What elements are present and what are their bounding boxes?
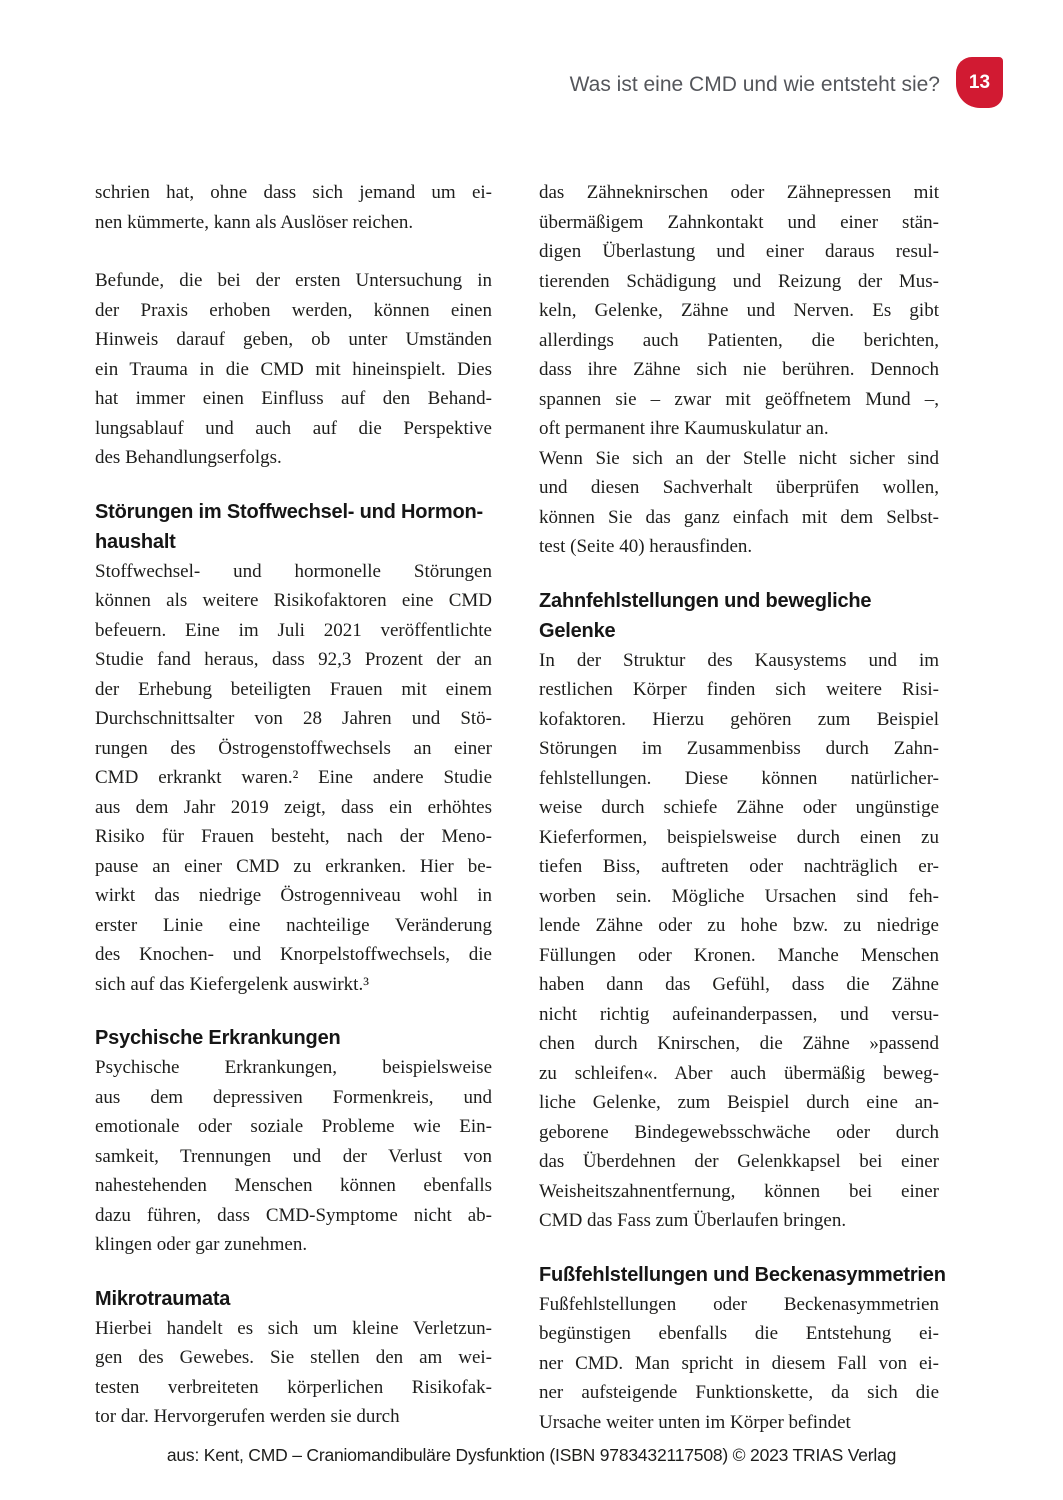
paragraph: schrien hat, ohne dass sich jemand um ei… [95, 178, 492, 237]
paragraph: Psychische Erkrankungen, beispielsweisea… [95, 1053, 492, 1260]
text-columns: schrien hat, ohne dass sich jemand um ei… [95, 178, 939, 1437]
section-heading: Zahnfehlstellungen und beweglicheGelenke [539, 586, 939, 646]
paragraph: In der Struktur des Kausystems und imres… [539, 646, 939, 1236]
paragraph: Fußfehlstellungen oder Beckenasymmetrien… [539, 1290, 939, 1438]
running-head: Was ist eine CMD und wie entsteht sie? [570, 73, 940, 97]
paragraph: Wenn Sie sich an der Stelle nicht sicher… [539, 444, 939, 562]
paragraph: Hierbei handelt es sich um kleine Verlet… [95, 1314, 492, 1432]
section-heading: Störungen im Stoffwechsel- und Hormon-ha… [95, 497, 492, 557]
paragraph: das Zähneknirschen oder Zähnepressen mit… [539, 178, 939, 444]
left-column: schrien hat, ohne dass sich jemand um ei… [95, 178, 492, 1437]
page-number: 13 [969, 72, 990, 94]
section-heading: Psychische Erkrankungen [95, 1023, 492, 1053]
section-heading: Mikrotraumata [95, 1284, 492, 1314]
paragraph: Stoffwechsel- und hormonelle Störungenkö… [95, 557, 492, 1000]
copyright-credit: aus: Kent, CMD – Craniomandibuläre Dysfu… [0, 1445, 1063, 1466]
section-heading: Fußfehlstellungen und Beckenasymmetrien [539, 1260, 939, 1290]
right-column: das Zähneknirschen oder Zähnepressen mit… [539, 178, 939, 1437]
book-page: Was ist eine CMD und wie entsteht sie? 1… [0, 0, 1063, 1500]
paragraph: Befunde, die bei der ersten Untersuchung… [95, 266, 492, 473]
page-number-badge: 13 [956, 57, 1003, 108]
